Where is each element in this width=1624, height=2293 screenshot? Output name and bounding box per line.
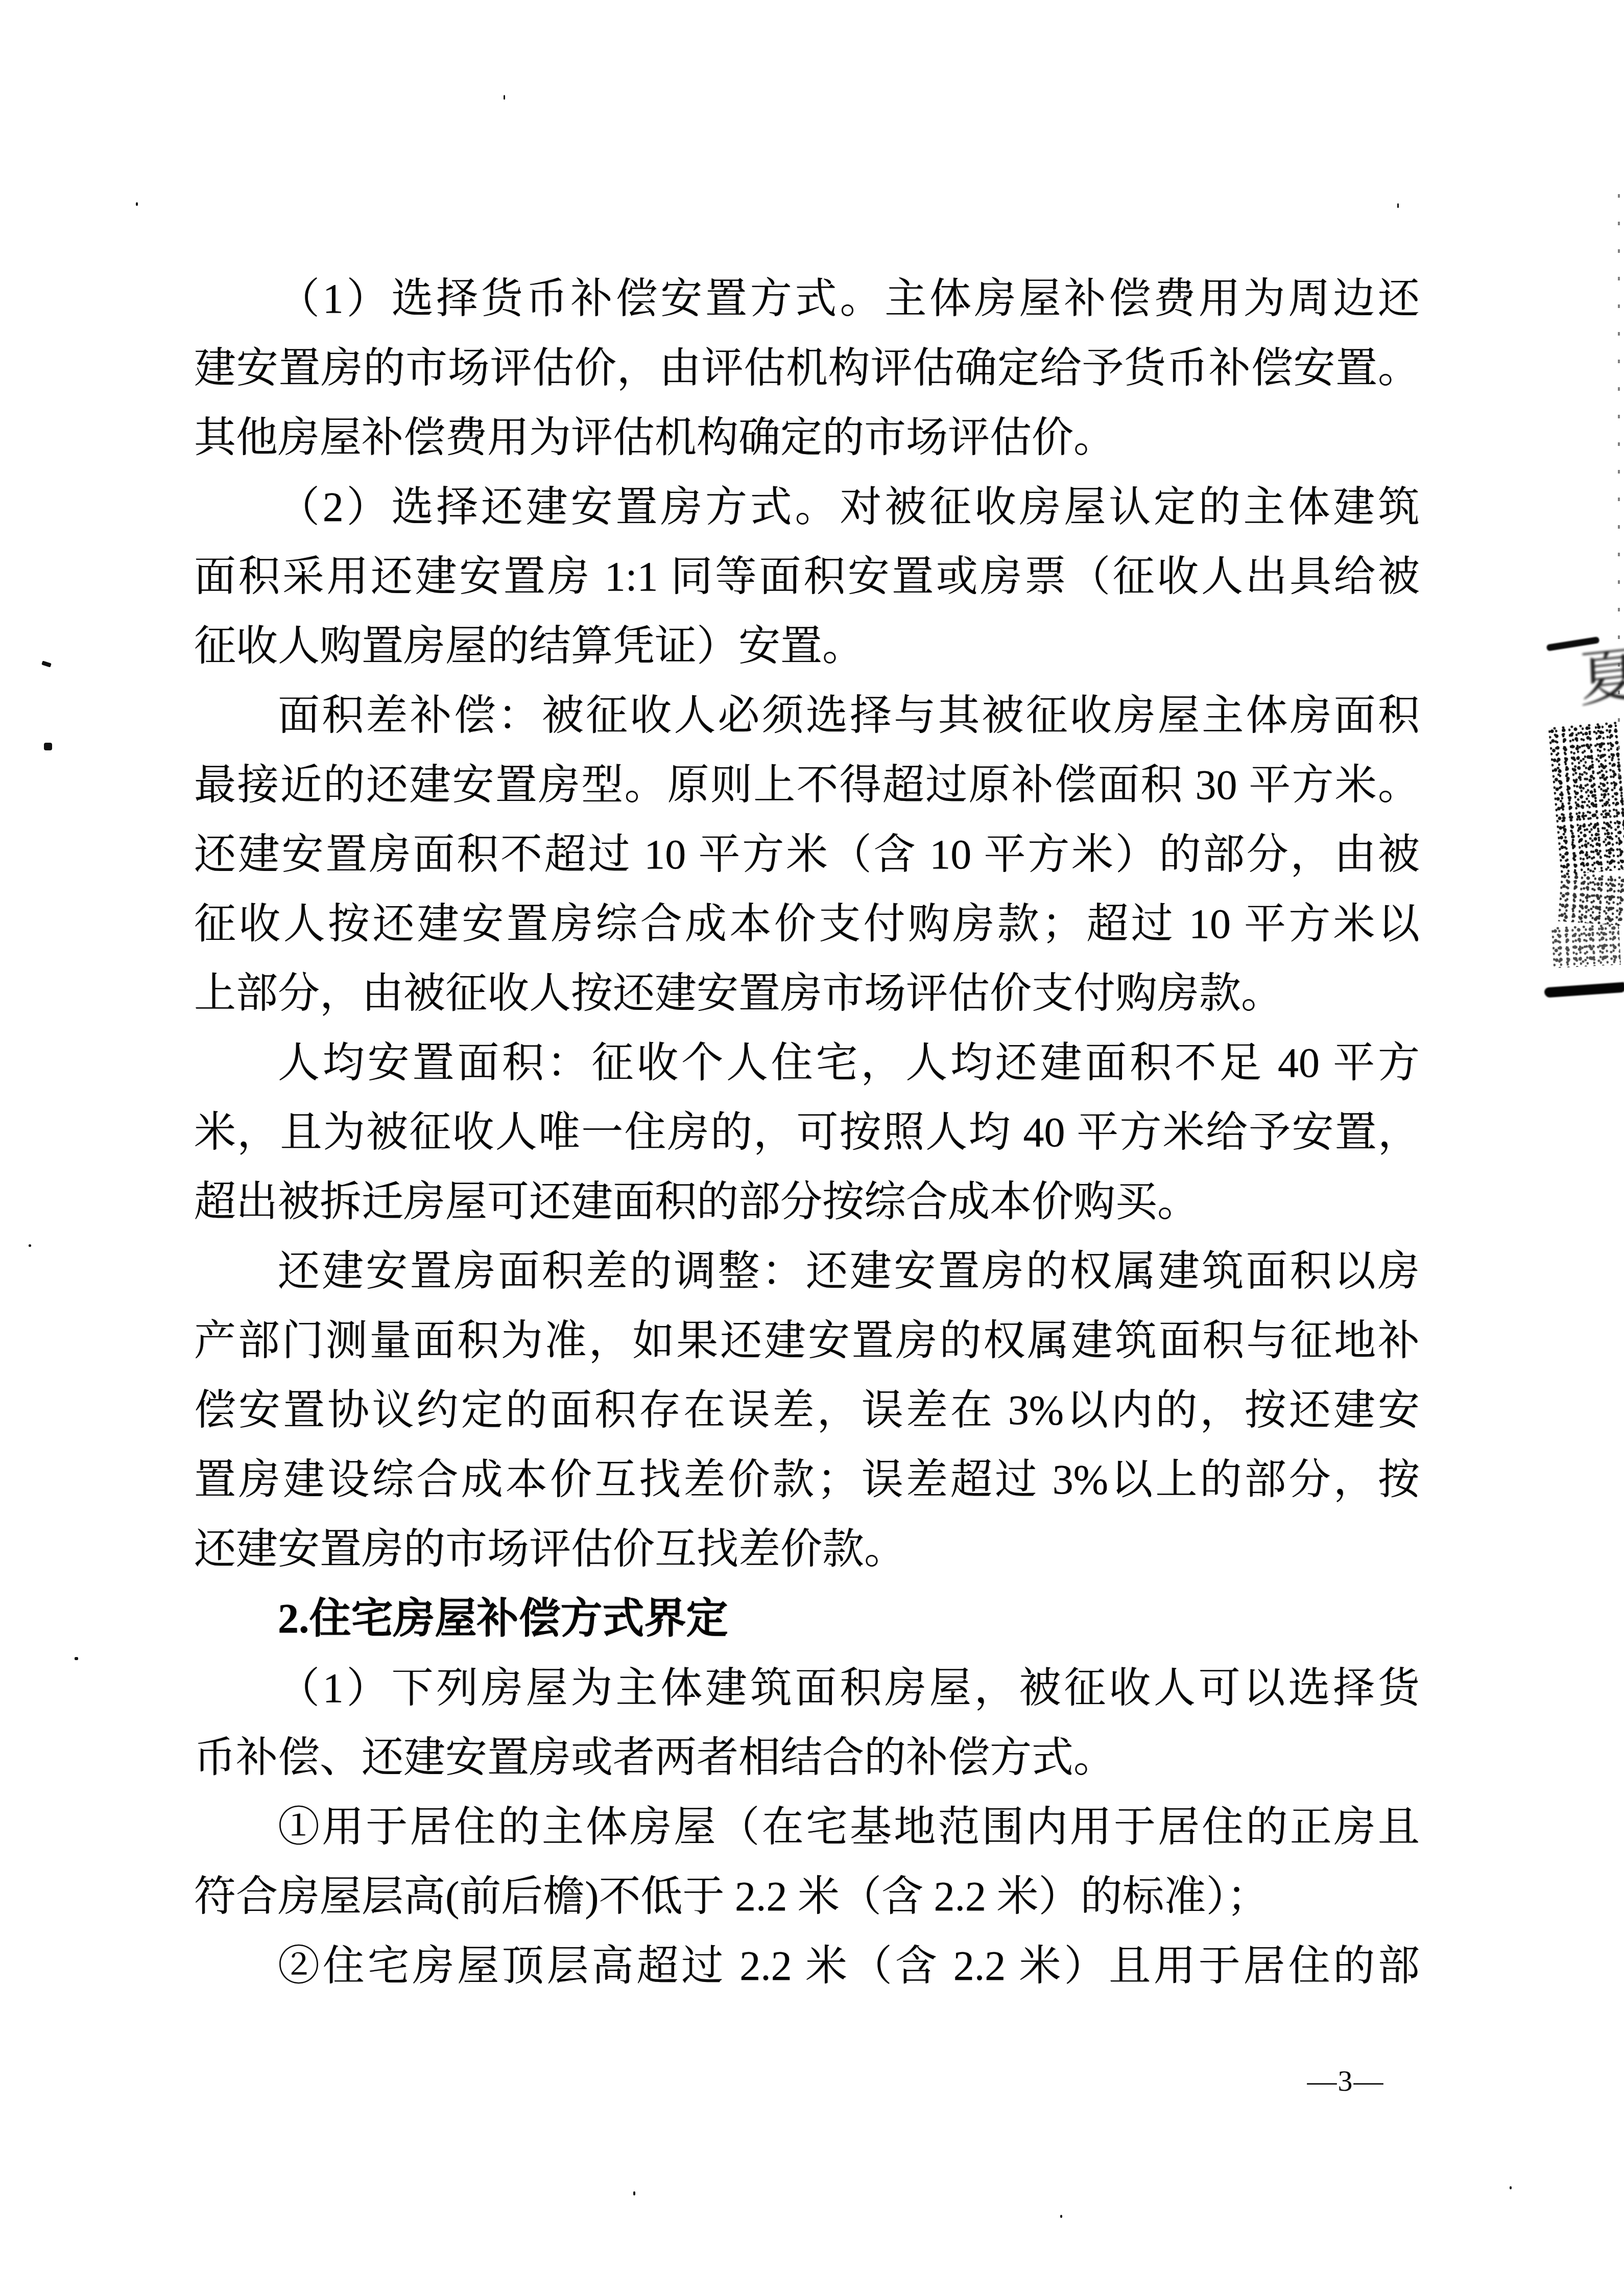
text-line: 面积采用还建安置房 1:1 同等面积安置或房票（征收人出具给被 bbox=[194, 542, 1420, 611]
ink-speck bbox=[1510, 2186, 1512, 2189]
text-line: 其他房屋补偿费用为评估机构确定的市场评估价。 bbox=[194, 403, 1420, 472]
text-line: ②住宅房屋顶层高超过 2.2 米（含 2.2 米）且用于居住的部 bbox=[194, 1931, 1420, 2001]
smudge-dash bbox=[1546, 636, 1600, 651]
ink-speck bbox=[1060, 2215, 1062, 2218]
text-line: 征收人按还建安置房综合成本价支付购房款；超过 10 平方米以 bbox=[194, 889, 1420, 959]
text-line: 币补偿、还建安置房或者两者相结合的补偿方式。 bbox=[194, 1723, 1420, 1792]
text-line: 建安置房的市场评估价，由评估机构评估确定给予货币补偿安置。 bbox=[194, 334, 1420, 403]
text-line: ①用于居住的主体房屋（在宅基地范围内用于居住的正房且 bbox=[194, 1792, 1420, 1862]
smudge-glyph: 夏 bbox=[1578, 645, 1624, 712]
text-line: （1）下列房屋为主体建筑面积房屋，被征收人可以选择货 bbox=[194, 1653, 1420, 1723]
ink-speck bbox=[75, 1657, 78, 1660]
text-line: 偿安置协议约定的面积存在误差，误差在 3%以内的，按还建安 bbox=[194, 1376, 1420, 1445]
text-line: 超出被拆迁房屋可还建面积的部分按综合成本价购买。 bbox=[194, 1167, 1420, 1237]
text-line: 2.住宅房屋补偿方式界定 bbox=[194, 1584, 1420, 1653]
text-line: 上部分，由被征收人按还建安置房市场评估价支付购房款。 bbox=[194, 959, 1420, 1028]
scan-artifact-right-smudge: 夏 bbox=[1542, 633, 1624, 1011]
ink-speck bbox=[633, 2191, 635, 2195]
ink-speck bbox=[44, 743, 52, 750]
scanned-document-page: （1）选择货币补偿安置方式。主体房屋补偿费用为周边还建安置房的市场评估价，由评估… bbox=[0, 0, 1624, 2293]
text-line: 产部门测量面积为准，如果还建安置房的权属建筑面积与征地补 bbox=[194, 1306, 1420, 1376]
ink-speck bbox=[29, 1244, 31, 1247]
text-line: 还建安置房面积差的调整：还建安置房的权属建筑面积以房 bbox=[194, 1237, 1420, 1306]
text-line: 面积差补偿：被征收人必须选择与其被征收房屋主体房面积 bbox=[194, 681, 1420, 750]
text-line: 人均安置面积：征收个人住宅，人均还建面积不足 40 平方 bbox=[194, 1028, 1420, 1098]
ink-speck bbox=[504, 95, 505, 100]
smudge-streak bbox=[1544, 982, 1624, 998]
page-number: —3— bbox=[1279, 2060, 1412, 2102]
scan-artifact-edge-dots bbox=[1618, 194, 1620, 776]
ink-speck bbox=[136, 202, 138, 206]
document-body: （1）选择货币补偿安置方式。主体房屋补偿费用为周边还建安置房的市场评估价，由评估… bbox=[194, 264, 1420, 2001]
text-line: 还建安置房的市场评估价互找差价款。 bbox=[194, 1515, 1420, 1584]
ink-speck bbox=[41, 660, 52, 667]
text-line: 最接近的还建安置房型。原则上不得超过原补偿面积 30 平方米。 bbox=[194, 750, 1420, 820]
text-line: 米，且为被征收人唯一住房的，可按照人均 40 平方米给予安置， bbox=[194, 1098, 1420, 1167]
text-line: （1）选择货币补偿安置方式。主体房屋补偿费用为周边还 bbox=[194, 264, 1420, 334]
ink-noise-blob bbox=[1551, 924, 1621, 968]
text-line: 征收人购置房屋的结算凭证）安置。 bbox=[194, 611, 1420, 681]
ink-noise-blob bbox=[1548, 722, 1624, 876]
text-line: （2）选择还建安置房方式。对被征收房屋认定的主体建筑 bbox=[194, 472, 1420, 542]
text-line: 符合房屋层高(前后檐)不低于 2.2 米（含 2.2 米）的标准）； bbox=[194, 1862, 1420, 1931]
text-line: 还建安置房面积不超过 10 平方米（含 10 平方米）的部分，由被 bbox=[194, 820, 1420, 889]
ink-noise-blob bbox=[1558, 872, 1624, 926]
text-line: 置房建设综合成本价互找差价款；误差超过 3%以上的部分，按 bbox=[194, 1445, 1420, 1515]
ink-speck bbox=[1397, 203, 1399, 208]
